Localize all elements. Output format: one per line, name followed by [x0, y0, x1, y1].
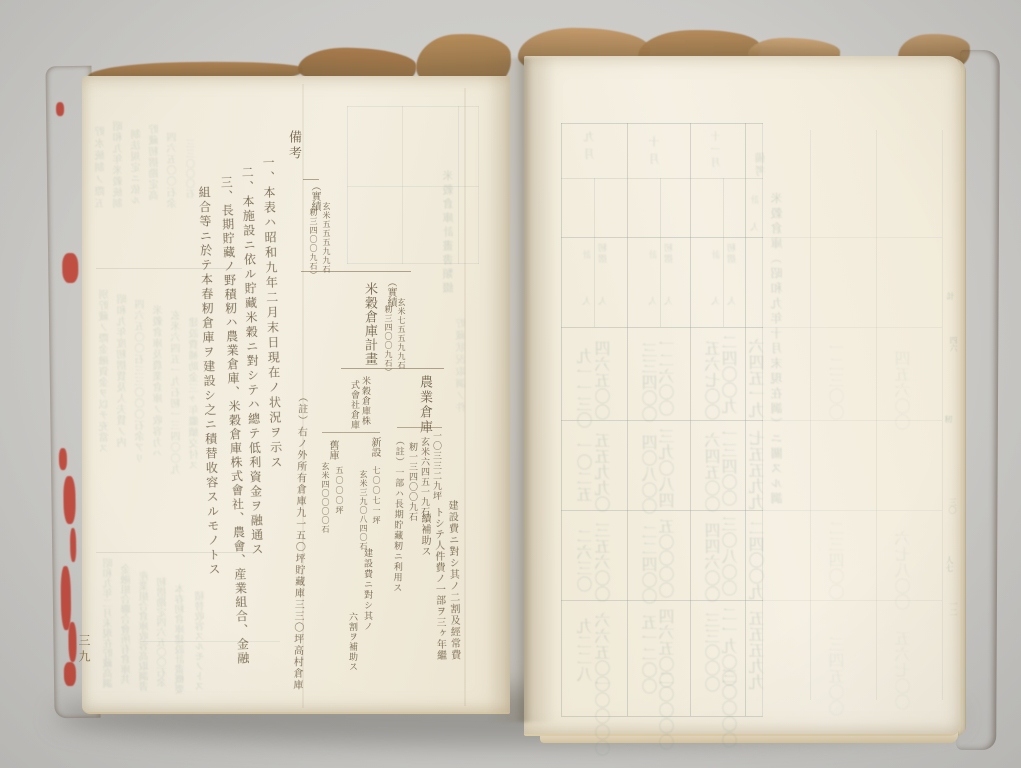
left-page: [82, 76, 510, 714]
red-ink-mark: [56, 102, 64, 116]
book-gutter: [488, 58, 556, 722]
red-ink-mark: [63, 476, 76, 524]
red-ink-mark: [60, 566, 71, 630]
page-number: 三九: [78, 634, 90, 666]
right-page: [524, 56, 960, 736]
photo-of-open-book: 九月十月十一月備考米穀倉庫（昭和九年十月末現在調）ニ關スル調籾摺計人人籾摺計人人…: [0, 0, 1021, 768]
red-ink-mark: [68, 622, 77, 662]
red-ink-mark: [62, 253, 78, 283]
red-ink-mark: [64, 662, 76, 686]
red-ink-mark: [70, 528, 76, 562]
red-ink-mark: [59, 448, 67, 470]
